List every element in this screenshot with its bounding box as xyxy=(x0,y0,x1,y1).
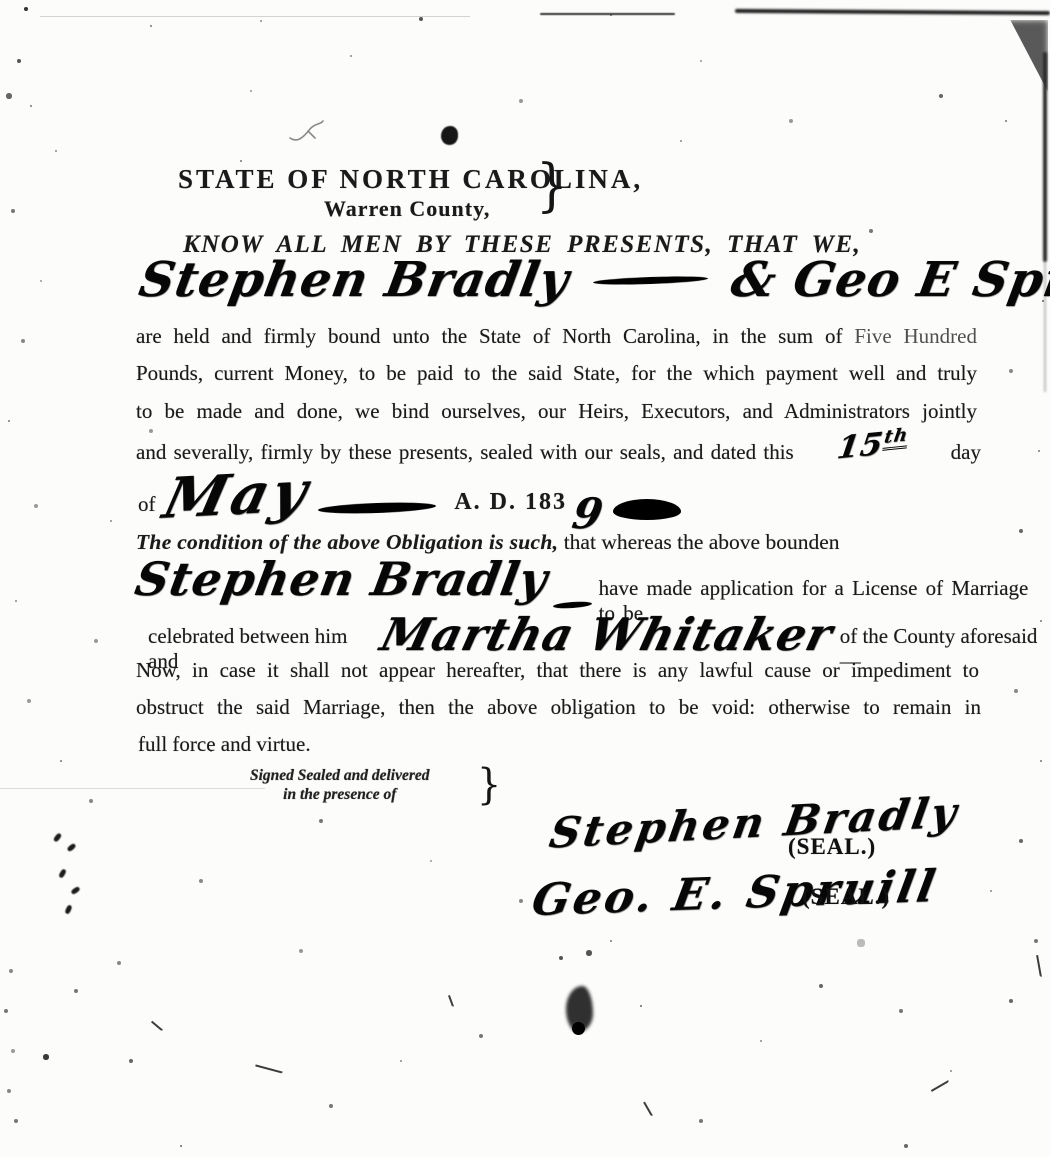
ink-smudge xyxy=(58,868,67,878)
fiber-mark xyxy=(151,1021,163,1032)
ink-dash xyxy=(318,501,436,515)
scan-edge-artifact xyxy=(540,13,675,15)
handwritten-month: May xyxy=(157,458,317,531)
ink-smudge xyxy=(53,832,62,842)
fiber-mark xyxy=(643,1102,653,1117)
attestation-line-2: in the presence of xyxy=(250,785,430,804)
corner-stain xyxy=(1002,20,1048,92)
scan-edge-artifact xyxy=(735,9,1050,15)
fiber-mark xyxy=(448,995,454,1007)
obligation-line-2: Pounds, current Money, to be paid to the… xyxy=(136,361,977,386)
scan-edge-artifact xyxy=(1043,52,1047,262)
ink-smudge xyxy=(66,843,76,853)
obligation-text: are held and firmly bound unto the State… xyxy=(136,324,854,348)
header-brace: } xyxy=(536,152,568,219)
attestation-line-1: Signed Sealed and delivered xyxy=(250,766,430,785)
condition-line-6: full force and virtue. xyxy=(138,732,311,757)
handwritten-day: 15th xyxy=(835,424,910,467)
ink-smudge xyxy=(70,886,80,895)
scanned-marriage-bond-document: STATE OF NORTH CAROLINA, Warren County, … xyxy=(0,0,1050,1157)
condition-lead: The condition of the above Obligation is… xyxy=(136,530,558,554)
ink-smudge xyxy=(64,904,72,914)
day-ordinal: th xyxy=(882,424,909,450)
fiber-mark xyxy=(1036,955,1042,977)
printed-year-prefix: A. D. 183 xyxy=(454,489,567,516)
pen-squiggle-mark xyxy=(288,116,332,144)
paper-crease xyxy=(0,788,265,789)
seal-label-2: (SEAL.) xyxy=(802,884,890,910)
ink-blot xyxy=(441,126,458,145)
fiber-mark xyxy=(255,1064,283,1073)
document-state-title: STATE OF NORTH CAROLINA, xyxy=(178,164,643,195)
seal-label-1: (SEAL.) xyxy=(788,834,876,860)
ink-dash xyxy=(593,274,708,285)
paper-speckle-layer xyxy=(0,0,2,2)
attestation-brace: } xyxy=(477,760,501,808)
document-county-line: Warren County, xyxy=(324,196,490,222)
sum-amount-text: Five Hundred xyxy=(854,324,977,348)
condition-text: that whereas the above bounden xyxy=(558,530,839,554)
fiber-mark xyxy=(931,1080,949,1092)
of-label: of xyxy=(138,492,156,517)
handwritten-name-surety: & Geo E Spruill xyxy=(727,252,1050,308)
obligation-line-3: to be made and done, we bind ourselves, … xyxy=(136,399,977,424)
month-year-line: of May A. D. 183 9 xyxy=(138,462,681,528)
principal-names-line: Stephen Bradly & Geo E Spruill xyxy=(140,252,1050,308)
ink-blot xyxy=(572,1022,585,1035)
obligation-text: day xyxy=(951,440,981,465)
handwritten-bride-name: Martha Whitaker xyxy=(375,608,838,661)
condition-line-5: obstruct the said Marriage, then the abo… xyxy=(136,695,981,720)
scan-edge-artifact xyxy=(40,16,470,17)
signature-groom: Stephen Bradly xyxy=(546,787,963,857)
handwritten-groom-name: Stephen Bradly xyxy=(131,552,552,606)
ink-blot-dash xyxy=(613,499,681,520)
obligation-line-1: are held and firmly bound unto the State… xyxy=(136,324,977,349)
day-number: 15 xyxy=(835,426,886,467)
condition-line-4: Now, in case it shall not appear hereaft… xyxy=(136,658,979,683)
handwritten-name-groom: Stephen Bradly xyxy=(135,252,574,308)
attestation-block: Signed Sealed and delivered in the prese… xyxy=(250,766,430,804)
